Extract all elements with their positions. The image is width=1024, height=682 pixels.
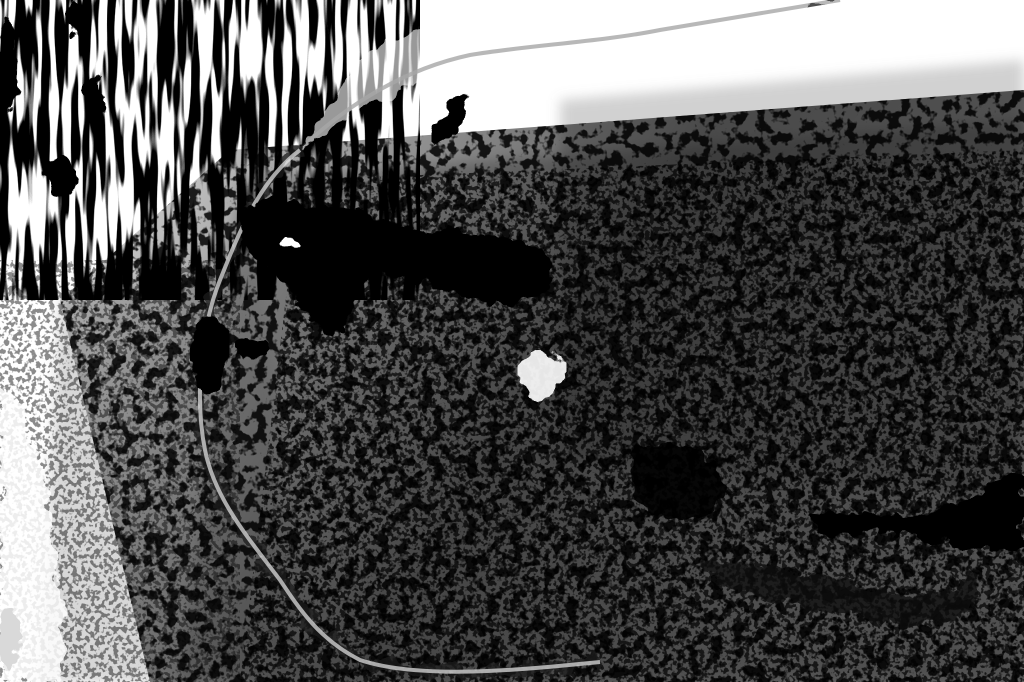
pale-clearing-center [520,349,564,401]
terrain-canvas [0,0,1024,682]
small-dark-pool-left [192,318,227,392]
terrain-image [0,0,1024,682]
